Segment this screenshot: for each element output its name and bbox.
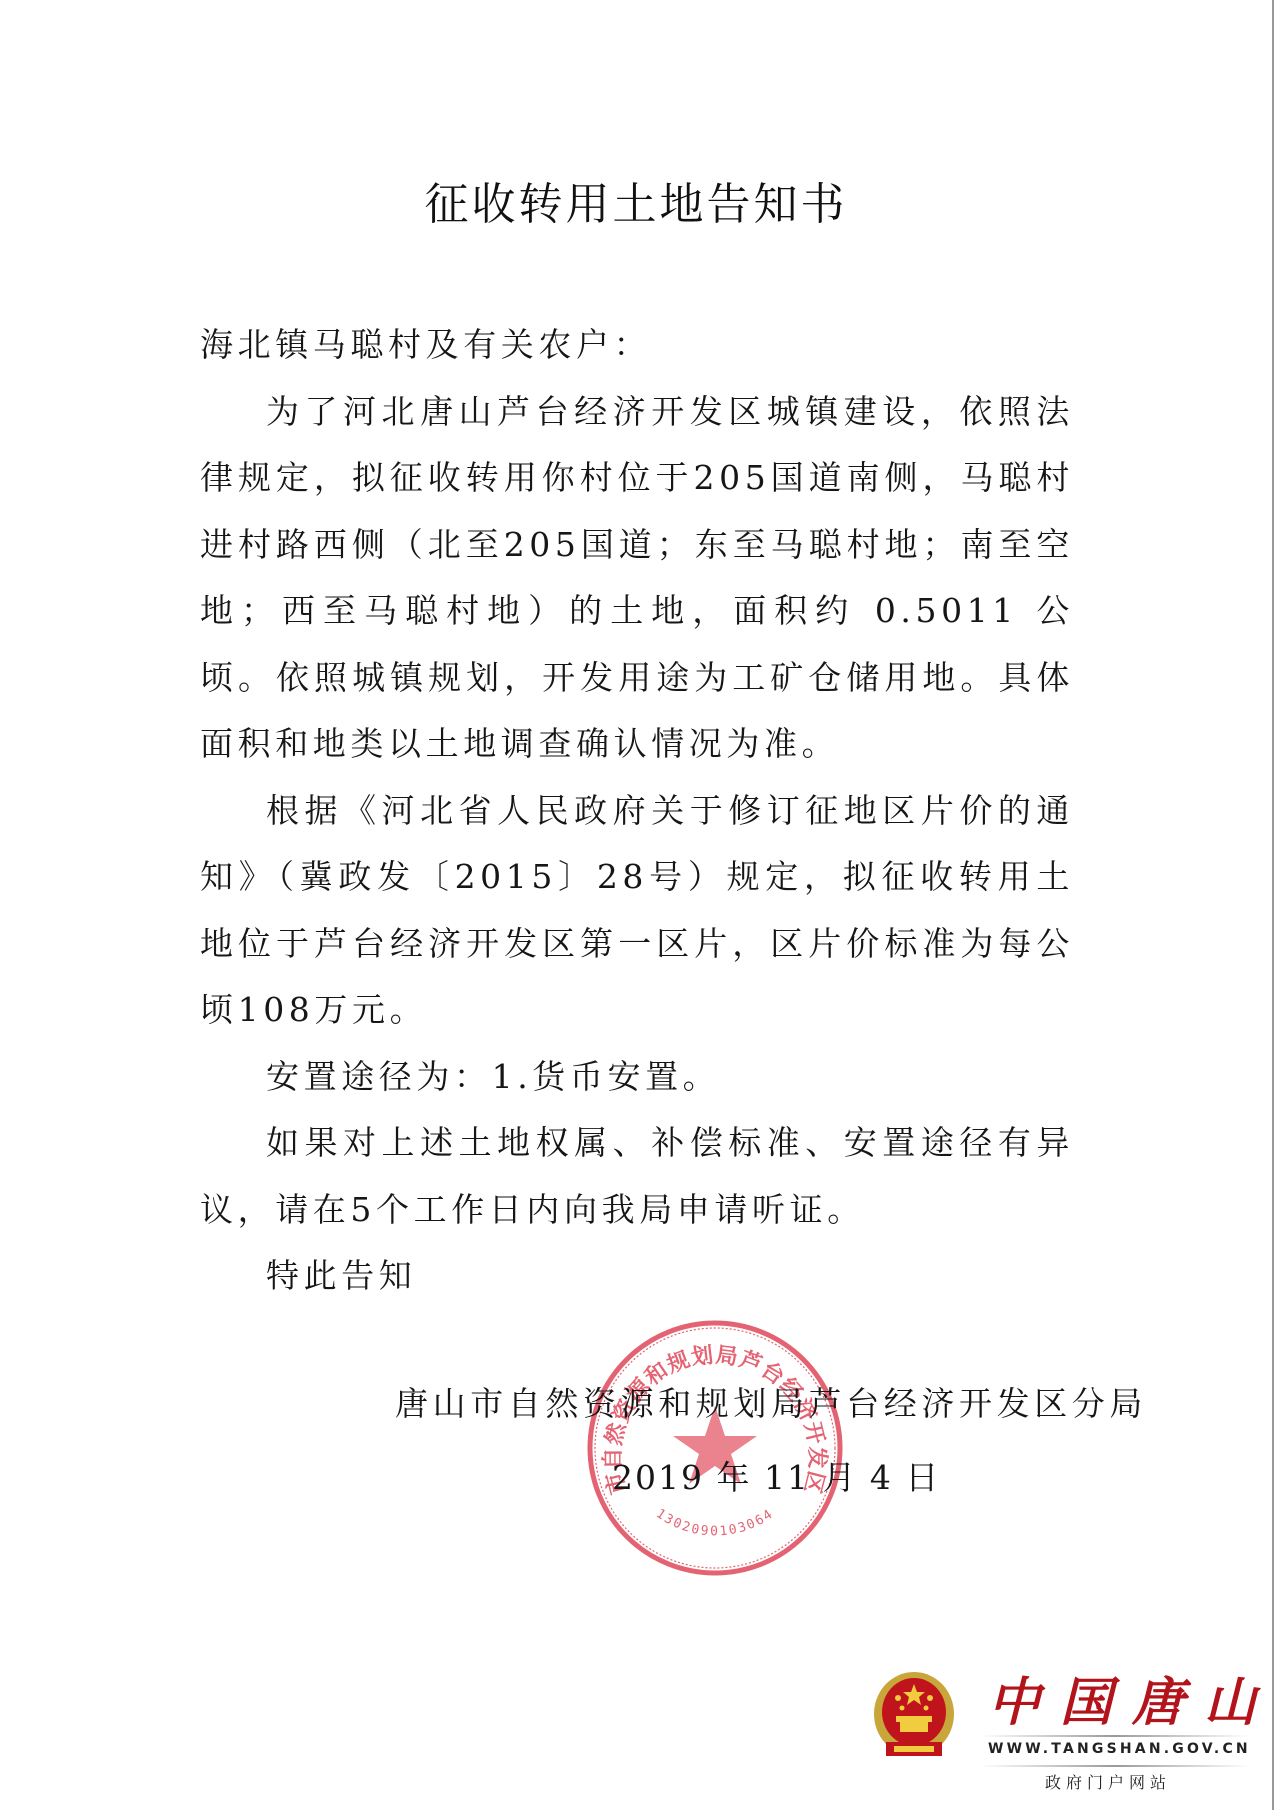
- salutation: 海北镇马聪村及有关农户：: [200, 312, 1074, 379]
- svg-text:1302090103064: 1302090103064: [653, 1506, 777, 1539]
- paragraph-hearing-rights: 如果对上述土地权属、补偿标准、安置途径有异议，请在5个工作日内向我局申请听证。: [200, 1110, 1074, 1243]
- paragraph-closing: 特此告知: [200, 1243, 1074, 1310]
- document-title: 征收转用土地告知书: [0, 168, 1272, 232]
- document-body: 海北镇马聪村及有关农户： 为了河北唐山芦台经济开发区城镇建设，依照法律规定，拟征…: [200, 312, 1074, 1310]
- seal-code: 1302090103064: [653, 1506, 777, 1539]
- national-emblem-icon: [872, 1670, 956, 1762]
- logo-divider: [980, 1735, 1250, 1737]
- logo-divider: [980, 1765, 1250, 1767]
- tangshan-portal-logo: 中国唐山 WWW.TANGSHAN.GOV.CN 政府门户网站: [870, 1652, 1250, 1802]
- page-edge-line: [1272, 0, 1274, 1810]
- paragraph-resettlement: 安置途径为：1.货币安置。: [200, 1044, 1074, 1111]
- issue-date: 2019 年 11 月 4 日: [612, 1452, 940, 1499]
- paragraph-compensation-standard: 根据《河北省人民政府关于修订征地区片价的通知》（冀政发〔2015〕28号）规定，…: [200, 778, 1074, 1044]
- issuing-authority: 唐山市自然资源和规划局芦台经济开发区分局: [395, 1378, 1147, 1425]
- paragraph-land-description: 为了河北唐山芦台经济开发区城镇建设，依照法律规定，拟征收转用你村位于205国道南…: [200, 379, 1074, 778]
- logo-brand-text: 中国唐山: [988, 1660, 1276, 1735]
- logo-subtitle: 政府门户网站: [1045, 1770, 1171, 1793]
- official-seal-icon: 唐山市自然资源和规划局芦台经济开发区分局 1302090103064: [585, 1318, 845, 1578]
- logo-url: WWW.TANGSHAN.GOV.CN: [988, 1741, 1251, 1757]
